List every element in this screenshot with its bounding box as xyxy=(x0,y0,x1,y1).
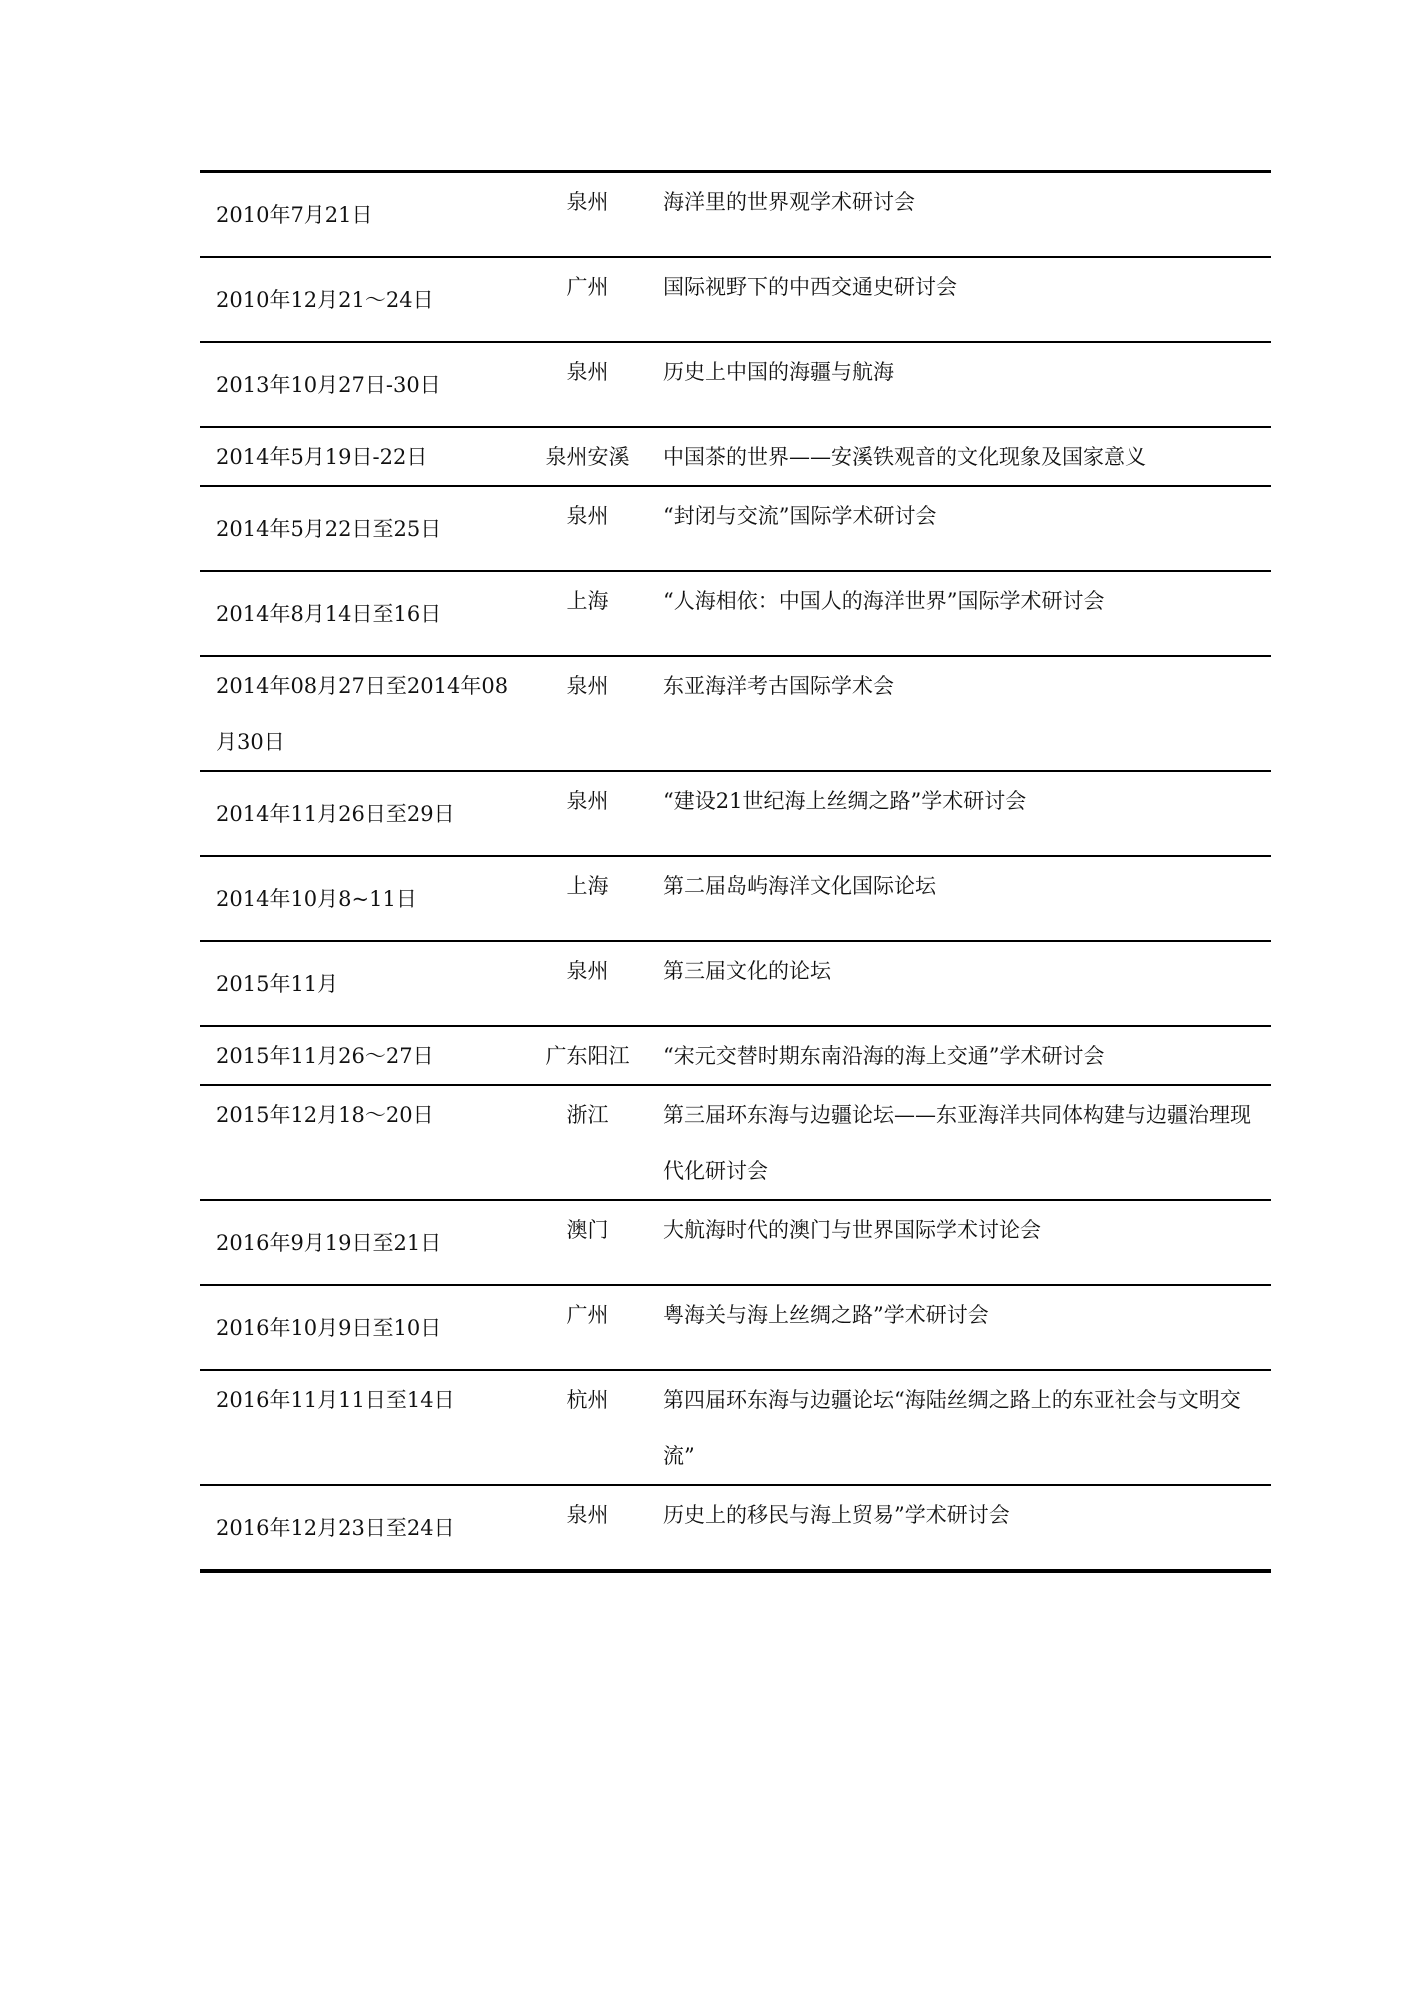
table-row: 2016年9月19日至21日 澳门 大航海时代的澳门与世界国际学术讨论会 xyxy=(200,1200,1271,1285)
date-cell: 2014年10月8~11日 xyxy=(200,856,528,941)
table-row: 2014年5月19日-22日 泉州安溪 中国茶的世界——安溪铁观音的文化现象及国… xyxy=(200,427,1271,486)
table-row: 2014年8月14日至16日 上海 “人海相依：中国人的海洋世界”国际学术研讨会 xyxy=(200,571,1271,656)
date-cell: 2014年5月19日-22日 xyxy=(200,427,528,486)
date-cell: 2010年12月21～24日 xyxy=(200,257,528,342)
title-cell: 大航海时代的澳门与世界国际学术讨论会 xyxy=(647,1200,1271,1285)
table-row: 2015年12月18～20日 浙江 第三届环东海与边疆论坛——东亚海洋共同体构建… xyxy=(200,1085,1271,1200)
date-cell: 2010年7月21日 xyxy=(200,172,528,258)
table-row: 2014年10月8~11日 上海 第二届岛屿海洋文化国际论坛 xyxy=(200,856,1271,941)
date-cell: 2015年11月 xyxy=(200,941,528,1026)
location-cell: 泉州 xyxy=(528,771,647,856)
date-cell: 2014年08月27日至2014年08月30日 xyxy=(200,656,528,771)
table-row: 2010年12月21～24日 广州 国际视野下的中西交通史研讨会 xyxy=(200,257,1271,342)
location-cell: 泉州 xyxy=(528,656,647,771)
location-cell: 上海 xyxy=(528,856,647,941)
title-cell: “宋元交替时期东南沿海的海上交通”学术研讨会 xyxy=(647,1026,1271,1085)
date-cell: 2014年11月26日至29日 xyxy=(200,771,528,856)
title-cell: 东亚海洋考古国际学术会 xyxy=(647,656,1271,771)
location-cell: 泉州 xyxy=(528,172,647,258)
date-cell: 2016年10月9日至10日 xyxy=(200,1285,528,1370)
location-cell: 上海 xyxy=(528,571,647,656)
title-cell: 历史上中国的海疆与航海 xyxy=(647,342,1271,427)
title-cell: 海洋里的世界观学术研讨会 xyxy=(647,172,1271,258)
title-cell: 第三届环东海与边疆论坛——东亚海洋共同体构建与边疆治理现代化研讨会 xyxy=(647,1085,1271,1200)
title-cell: “建设21世纪海上丝绸之路”学术研讨会 xyxy=(647,771,1271,856)
table-row: 2010年7月21日 泉州 海洋里的世界观学术研讨会 xyxy=(200,172,1271,258)
date-cell: 2013年10月27日-30日 xyxy=(200,342,528,427)
date-cell: 2016年11月11日至14日 xyxy=(200,1370,528,1485)
location-cell: 杭州 xyxy=(528,1370,647,1485)
location-cell: 浙江 xyxy=(528,1085,647,1200)
table-row: 2016年10月9日至10日 广州 粤海关与海上丝绸之路”学术研讨会 xyxy=(200,1285,1271,1370)
table-row: 2016年11月11日至14日 杭州 第四届环东海与边疆论坛“海陆丝绸之路上的东… xyxy=(200,1370,1271,1485)
table-row: 2013年10月27日-30日 泉州 历史上中国的海疆与航海 xyxy=(200,342,1271,427)
table-row: 2015年11月 泉州 第三届文化的论坛 xyxy=(200,941,1271,1026)
location-cell: 广州 xyxy=(528,1285,647,1370)
conference-table: 2010年7月21日 泉州 海洋里的世界观学术研讨会 2010年12月21～24… xyxy=(200,170,1271,1573)
date-cell: 2014年8月14日至16日 xyxy=(200,571,528,656)
date-cell: 2015年12月18～20日 xyxy=(200,1085,528,1200)
title-cell: “人海相依：中国人的海洋世界”国际学术研讨会 xyxy=(647,571,1271,656)
location-cell: 泉州 xyxy=(528,941,647,1026)
title-cell: 中国茶的世界——安溪铁观音的文化现象及国家意义 xyxy=(647,427,1271,486)
table-row: 2014年5月22日至25日 泉州 “封闭与交流”国际学术研讨会 xyxy=(200,486,1271,571)
date-cell: 2015年11月26～27日 xyxy=(200,1026,528,1085)
location-cell: 泉州安溪 xyxy=(528,427,647,486)
date-cell: 2014年5月22日至25日 xyxy=(200,486,528,571)
date-cell: 2016年12月23日至24日 xyxy=(200,1485,528,1571)
location-cell: 泉州 xyxy=(528,1485,647,1571)
table-row: 2014年08月27日至2014年08月30日 泉州 东亚海洋考古国际学术会 xyxy=(200,656,1271,771)
location-cell: 澳门 xyxy=(528,1200,647,1285)
location-cell: 泉州 xyxy=(528,486,647,571)
title-cell: 国际视野下的中西交通史研讨会 xyxy=(647,257,1271,342)
title-cell: 第三届文化的论坛 xyxy=(647,941,1271,1026)
title-cell: “封闭与交流”国际学术研讨会 xyxy=(647,486,1271,571)
table-row: 2014年11月26日至29日 泉州 “建设21世纪海上丝绸之路”学术研讨会 xyxy=(200,771,1271,856)
title-cell: 第四届环东海与边疆论坛“海陆丝绸之路上的东亚社会与文明交流” xyxy=(647,1370,1271,1485)
title-cell: 第二届岛屿海洋文化国际论坛 xyxy=(647,856,1271,941)
location-cell: 泉州 xyxy=(528,342,647,427)
title-cell: 粤海关与海上丝绸之路”学术研讨会 xyxy=(647,1285,1271,1370)
location-cell: 广东阳江 xyxy=(528,1026,647,1085)
document-page: 2010年7月21日 泉州 海洋里的世界观学术研讨会 2010年12月21～24… xyxy=(0,0,1414,2000)
title-cell: 历史上的移民与海上贸易”学术研讨会 xyxy=(647,1485,1271,1571)
table-row: 2016年12月23日至24日 泉州 历史上的移民与海上贸易”学术研讨会 xyxy=(200,1485,1271,1571)
location-cell: 广州 xyxy=(528,257,647,342)
table-row: 2015年11月26～27日 广东阳江 “宋元交替时期东南沿海的海上交通”学术研… xyxy=(200,1026,1271,1085)
date-cell: 2016年9月19日至21日 xyxy=(200,1200,528,1285)
